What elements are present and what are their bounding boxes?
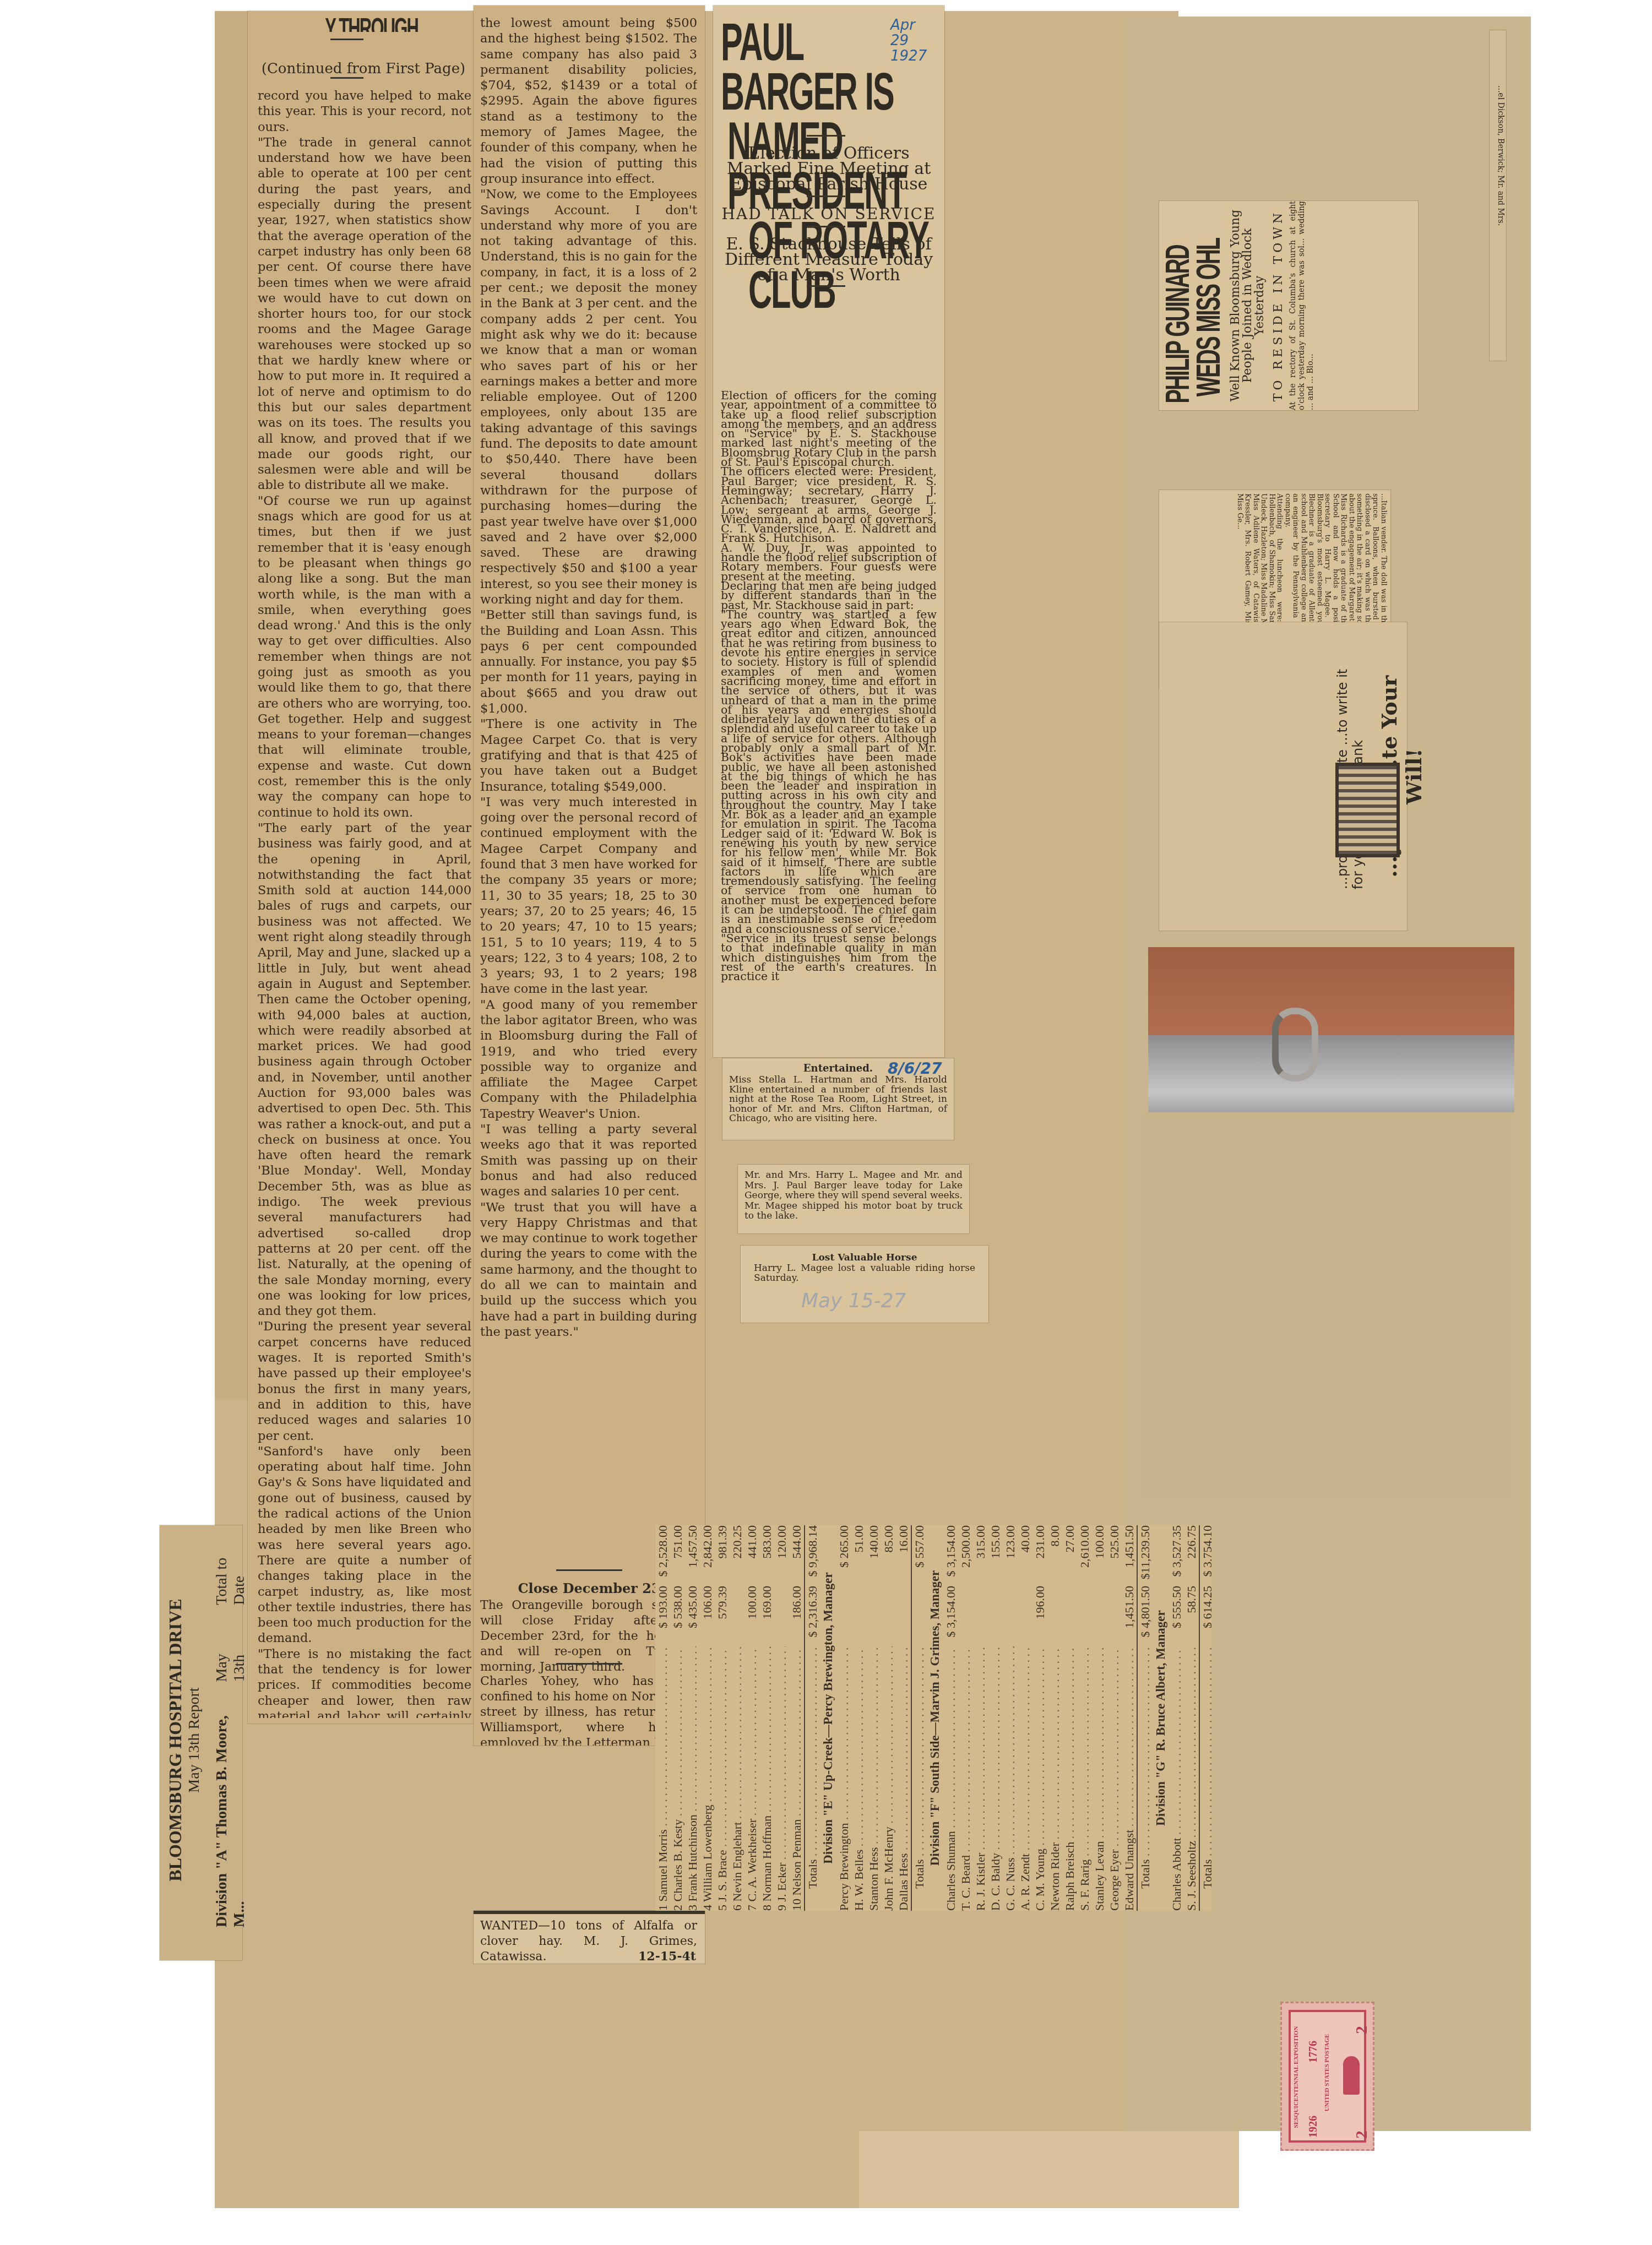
building-illustration [1335,763,1400,857]
table-row: 10 Nelson Penman186.00544.00 [789,1525,804,1911]
table-row: John F. McHenry85.00 [881,1525,896,1911]
total-amount: 155.00 [988,1525,1003,1586]
guinard-deck-1: Well Known Bloomsburg Young People Joine… [1230,201,1266,410]
stamp-denomination: 2 [1352,2026,1371,2034]
totals-may13: $ 614.25 [1200,1586,1212,1646]
total-amount: $ 265.00 [837,1525,851,1586]
table-row: Stanley Levan100.00 [1092,1525,1107,1911]
table-row: Percy Brewington$ 265.00 [836,1525,851,1911]
donor-name: Charles Shuman [944,1646,958,1911]
rotary-deck-1: Election of Officers Marked Fine Meeting… [718,146,940,192]
stamp-design: SESQUICENTENNIAL EXPOSITION 1776 1926 UN… [1289,2010,1366,2143]
may13-amount: $ 555.50 [1170,1586,1184,1646]
totals-row: Totals$ 614.25$ 3,754.10 [1199,1525,1211,1911]
clipping-will-ad: ...yer to ...te Your Will! ...proper one… [1159,622,1407,931]
lake-george-body: Mr. and Mrs. Harry L. Magee and Mr. and … [738,1165,969,1227]
donor-name: Newton Rider [1048,1646,1062,1911]
totals-row: Totals$ 557.00 [911,1525,927,1911]
donor-name: 3 Frank Hutchinson [686,1646,700,1911]
table-row: S. F. Rarig2,610.00 [1077,1525,1092,1911]
may13-amount: $ 3,154.00 [944,1586,958,1646]
stamp-year-end: 1926 [1307,2116,1320,2138]
totals-label: Totals [912,1646,927,1911]
table-row: Stanton Hess140.00 [866,1525,881,1911]
total-amount: 751.00 [671,1525,685,1586]
donor-name: 9 J. Ecker [775,1646,789,1911]
clipping-hospital-drive-header: BLOOMSBURG HOSPITAL DRIVE May 13th Repor… [160,1525,242,1960]
totals-may13: $ 2,316.39 [806,1586,820,1646]
divider [807,195,845,197]
donor-name: D. C. Baldy [988,1646,1003,1911]
table-row: 3 Frank Hutchinson$ 435.001,457.50 [685,1525,700,1911]
lost-horse-title: Lost Valuable Horse [741,1252,988,1263]
table-row: G. C. Nuss123.00 [1003,1525,1018,1911]
may13-amount: 196.00 [1033,1586,1047,1646]
article-body-col2: the lowest amount being $500 and the hig… [480,15,697,1557]
may13-amount: 106.00 [700,1586,715,1646]
donor-name: T. C. Beard [959,1646,973,1911]
guinard-body: At the rectory of St. Columba's church a… [1289,201,1315,410]
total-amount: 51.00 [852,1525,866,1586]
stamp-arch-text: UNITED STATES POSTAGE [1324,2023,1330,2122]
donor-name: Dallas Hess [896,1646,911,1911]
entertained-body: Miss Stella L. Hartman and Mrs. Harold K… [722,1074,954,1125]
table-row: Edward Unangst1,451.501,451.50 [1122,1525,1137,1911]
total-amount: 123.00 [1003,1525,1018,1586]
donor-name: Edward Unangst [1122,1646,1137,1911]
page-torn-edge [859,2131,1239,2208]
stamp-year-start: 1776 [1307,2041,1320,2063]
donor-name: S. J. Seesholtz [1184,1646,1199,1911]
hospital-drive-table: 1 Samuel Morris$ 193.00$ 2,528.002 Charl… [655,1525,1211,1911]
donor-name: Stanley Levan [1093,1646,1107,1911]
divider [807,226,845,227]
table-row: 2 Charles B. Kesty$ 538.00751.00 [670,1525,685,1911]
rotary-deck-3: E. S. Stackhouse Tells of Different Meas… [718,237,940,283]
total-amount: 8.00 [1048,1525,1062,1586]
division-heading: Division "G" R. Bruce Albert, Manager [1153,1525,1169,1911]
table-row: Newton Rider8.00 [1047,1525,1062,1911]
total-amount: $ 2,528.00 [656,1525,670,1586]
table-row: Charles Abbott$ 555.50$ 3,527.35 [1169,1525,1184,1911]
total-amount: 583.00 [760,1525,774,1586]
lost-horse-body: Harry L. Magee lost a valuable riding ho… [741,1263,988,1283]
donor-name: Percy Brewington [837,1646,851,1911]
table-row: Ralph Breisch27.00 [1062,1525,1077,1911]
total-amount: $ 3,154.00 [944,1525,958,1586]
clipping-wanted-ad: WANTED—10 tons of Alfalfa or clover hay.… [474,1911,705,1964]
stamp-top-text: SESQUICENTENNIAL EXPOSITION [1293,2016,1300,2138]
divider [556,1569,622,1571]
table-row: Charles Shuman$ 3,154.00$ 3,154.00 [943,1525,958,1911]
donor-name: 7 C. A. Werkheiser [745,1646,759,1911]
total-amount: 2,500.00 [959,1525,973,1586]
total-amount: 544.00 [790,1525,804,1586]
donor-name: C. M. Young [1033,1646,1047,1911]
divider [807,285,845,287]
may13-amount: 186.00 [790,1586,804,1646]
total-amount: 40.00 [1018,1525,1032,1586]
donor-name: 1 Samuel Morris [656,1646,670,1911]
donor-name: Ralph Breisch [1063,1646,1077,1911]
division-heading: Division "F" South Side—Marvin J. Grimes… [927,1525,943,1911]
total-amount: 441.00 [745,1525,759,1586]
total-amount: 525.00 [1107,1525,1122,1586]
total-amount: 27.00 [1063,1525,1077,1586]
table-row: Dallas Hess16.00 [896,1525,911,1911]
article-body-col1: record you have helped to make this year… [258,88,471,1718]
donor-name: George Eyer [1107,1646,1122,1911]
totals-row: Totals$ 2,316.39$ 9,968.14 [804,1525,820,1911]
total-amount: 981.39 [715,1525,730,1586]
hospital-table-body: 1 Samuel Morris$ 193.00$ 2,528.002 Charl… [655,1525,1211,1911]
totals-total: $ 3,754.10 [1200,1525,1212,1586]
totals-label: Totals [1138,1646,1153,1911]
column-head-total: Total to Date [213,1531,248,1605]
table-row: D. C. Baldy155.00 [988,1525,1003,1911]
totals-label: Totals [806,1646,820,1911]
totals-may13: $ 4,801.50 [1138,1586,1153,1646]
may13-amount: 579.39 [715,1586,730,1646]
donor-name: 5 J. S. Brace [715,1646,730,1911]
division-a-heading: Division "A" Thomas B. Moore, M... [213,1704,248,1927]
donor-name: Charles Abbott [1170,1646,1184,1911]
may13-amount: $ 435.00 [686,1586,700,1646]
donor-name: A. R. Zendt [1018,1646,1032,1911]
donor-name: G. C. Nuss [1003,1646,1018,1911]
table-row: 4 William Lowenberg106.002,842.00 [700,1525,715,1911]
liberty-bell-icon [1343,2056,1360,2095]
total-amount: 231.00 [1033,1525,1047,1586]
table-row: 9 J. Ecker120.00 [774,1525,789,1911]
donor-name: H. W. Belles [852,1646,866,1911]
clipping-lost-horse: Lost Valuable Horse Harry L. Magee lost … [741,1246,988,1323]
total-amount: $ 3,527.35 [1170,1525,1184,1586]
total-amount: 120.00 [775,1525,789,1586]
division-heading: Division "E" Up-Creek—Percy Brewington, … [820,1525,836,1911]
donor-name: S. F. Rarig [1078,1646,1092,1911]
guinard-headline-1: PHILIP GUINARD [1159,199,1193,410]
clipping-magee-address-col2: the lowest amount being $500 and the hig… [474,6,705,1746]
donor-name: 2 Charles B. Kesty [671,1646,685,1911]
guinard-deck-2: TO RESIDE IN TOWN [1271,201,1285,410]
may13-amount: 169.00 [760,1586,774,1646]
totals-row: Totals$ 4,801.50$11,239.50 [1137,1525,1153,1911]
may13-amount: $ 193.00 [656,1586,670,1646]
table-row: R. J. Kistler315.00 [973,1525,988,1911]
table-row: 5 J. S. Brace579.39981.39 [715,1525,730,1911]
total-amount: 100.00 [1093,1525,1107,1586]
total-amount: 1,451.50 [1122,1525,1137,1586]
postage-stamp: SESQUICENTENNIAL EXPOSITION 1776 1926 UN… [1280,2002,1374,2151]
donor-name: Stanton Hess [867,1646,881,1911]
totals-total: $ 557.00 [912,1525,927,1586]
handwritten-date: 8/6/27 [888,1059,942,1078]
rotary-deck-2: HAD TALK ON SERVICE [718,205,940,223]
total-amount: 140.00 [867,1525,881,1586]
may13-amount: 1,451.50 [1122,1586,1137,1646]
total-amount: 220.25 [730,1525,745,1586]
clipping-entertained: Entertained. 8/6/27 Miss Stella L. Hartm… [722,1058,954,1140]
may13-amount: $ 538.00 [671,1586,685,1646]
table-row: 8 Norman Hoffman169.00583.00 [759,1525,774,1911]
total-amount: 85.00 [882,1525,896,1586]
clipping-magee-address-col1: ...Y THROUGH (Continued from First Page)… [248,11,479,1724]
donor-name: 6 Nevin Englehart [730,1646,745,1911]
rotary-body: Election of officers for the coming year… [721,391,937,1052]
binder-ring [1272,1008,1318,1081]
table-row: A. R. Zendt40.00 [1018,1525,1032,1911]
handwritten-date: May 15-27 [801,1290,906,1312]
totals-total: $ 9,968.14 [806,1525,820,1586]
table-row: T. C. Beard2,500.00 [958,1525,973,1911]
donor-name: 8 Norman Hoffman [760,1646,774,1911]
wanted-ad-code: 12-15-4t [638,1949,696,1964]
clipping-guinard-wedding: PHILIP GUINARD WEDS MISS OHL Well Known … [1159,201,1418,410]
donor-name: R. J. Kistler [974,1646,988,1911]
may13-amount: 58.75 [1184,1586,1199,1646]
handwritten-date: Apr 29 1927 [890,18,923,64]
column-head-may13: May 13th [213,1627,248,1682]
divider [330,77,363,79]
clipping-dickson-strip: ...el Dickson, Berwick; Mr. and Mrs. [1490,30,1506,361]
guinard-headline-2: WEDS MISS OHL [1193,192,1224,410]
clipping-lake-george: Mr. and Mrs. Harry L. Magee and Mr. and … [738,1165,969,1233]
total-amount: 1,457.50 [686,1525,700,1586]
table-row: C. M. Young196.00231.00 [1032,1525,1047,1911]
donor-name: 4 William Lowenberg [700,1646,715,1911]
table-row: H. W. Belles51.00 [851,1525,866,1911]
continued-note: (Continued from First Page) [248,61,479,77]
table-row: 7 C. A. Werkheiser100.00441.00 [745,1525,759,1911]
page-lower-right [1140,1112,1514,1498]
total-amount: 2,842.00 [700,1525,715,1586]
total-amount: 315.00 [974,1525,988,1586]
total-amount: 226.75 [1184,1525,1199,1586]
binding-strip [215,11,249,1399]
table-row: 1 Samuel Morris$ 193.00$ 2,528.00 [655,1525,670,1911]
table-row: George Eyer525.00 [1107,1525,1122,1911]
dickson-strip-text: ...el Dickson, Berwick; Mr. and Mrs. [1496,85,1505,361]
totals-label: Totals [1200,1646,1212,1911]
table-row: S. J. Seesholtz58.75226.75 [1184,1525,1199,1911]
donor-name: 10 Nelson Penman [790,1646,804,1911]
total-amount: 16.00 [896,1525,911,1586]
total-amount: 2,610.00 [1078,1525,1092,1586]
may13-amount: 100.00 [745,1586,759,1646]
hospital-drive-subtitle: May 13th Report [186,1531,203,1949]
divider [330,39,363,40]
stamp-denomination: 2 [1352,2130,1371,2139]
hospital-drive-title: BLOOMSBURG HOSPITAL DRIVE [165,1531,186,1949]
table-row: 6 Nevin Englehart220.25 [730,1525,745,1911]
divider [807,135,845,137]
clipping-rotary: PAUL BARGER IS NAMED PRESIDENT OF ROTARY… [713,6,944,1057]
divider [556,1663,622,1665]
totals-total: $11,239.50 [1138,1525,1153,1586]
donor-name: John F. McHenry [882,1646,896,1911]
